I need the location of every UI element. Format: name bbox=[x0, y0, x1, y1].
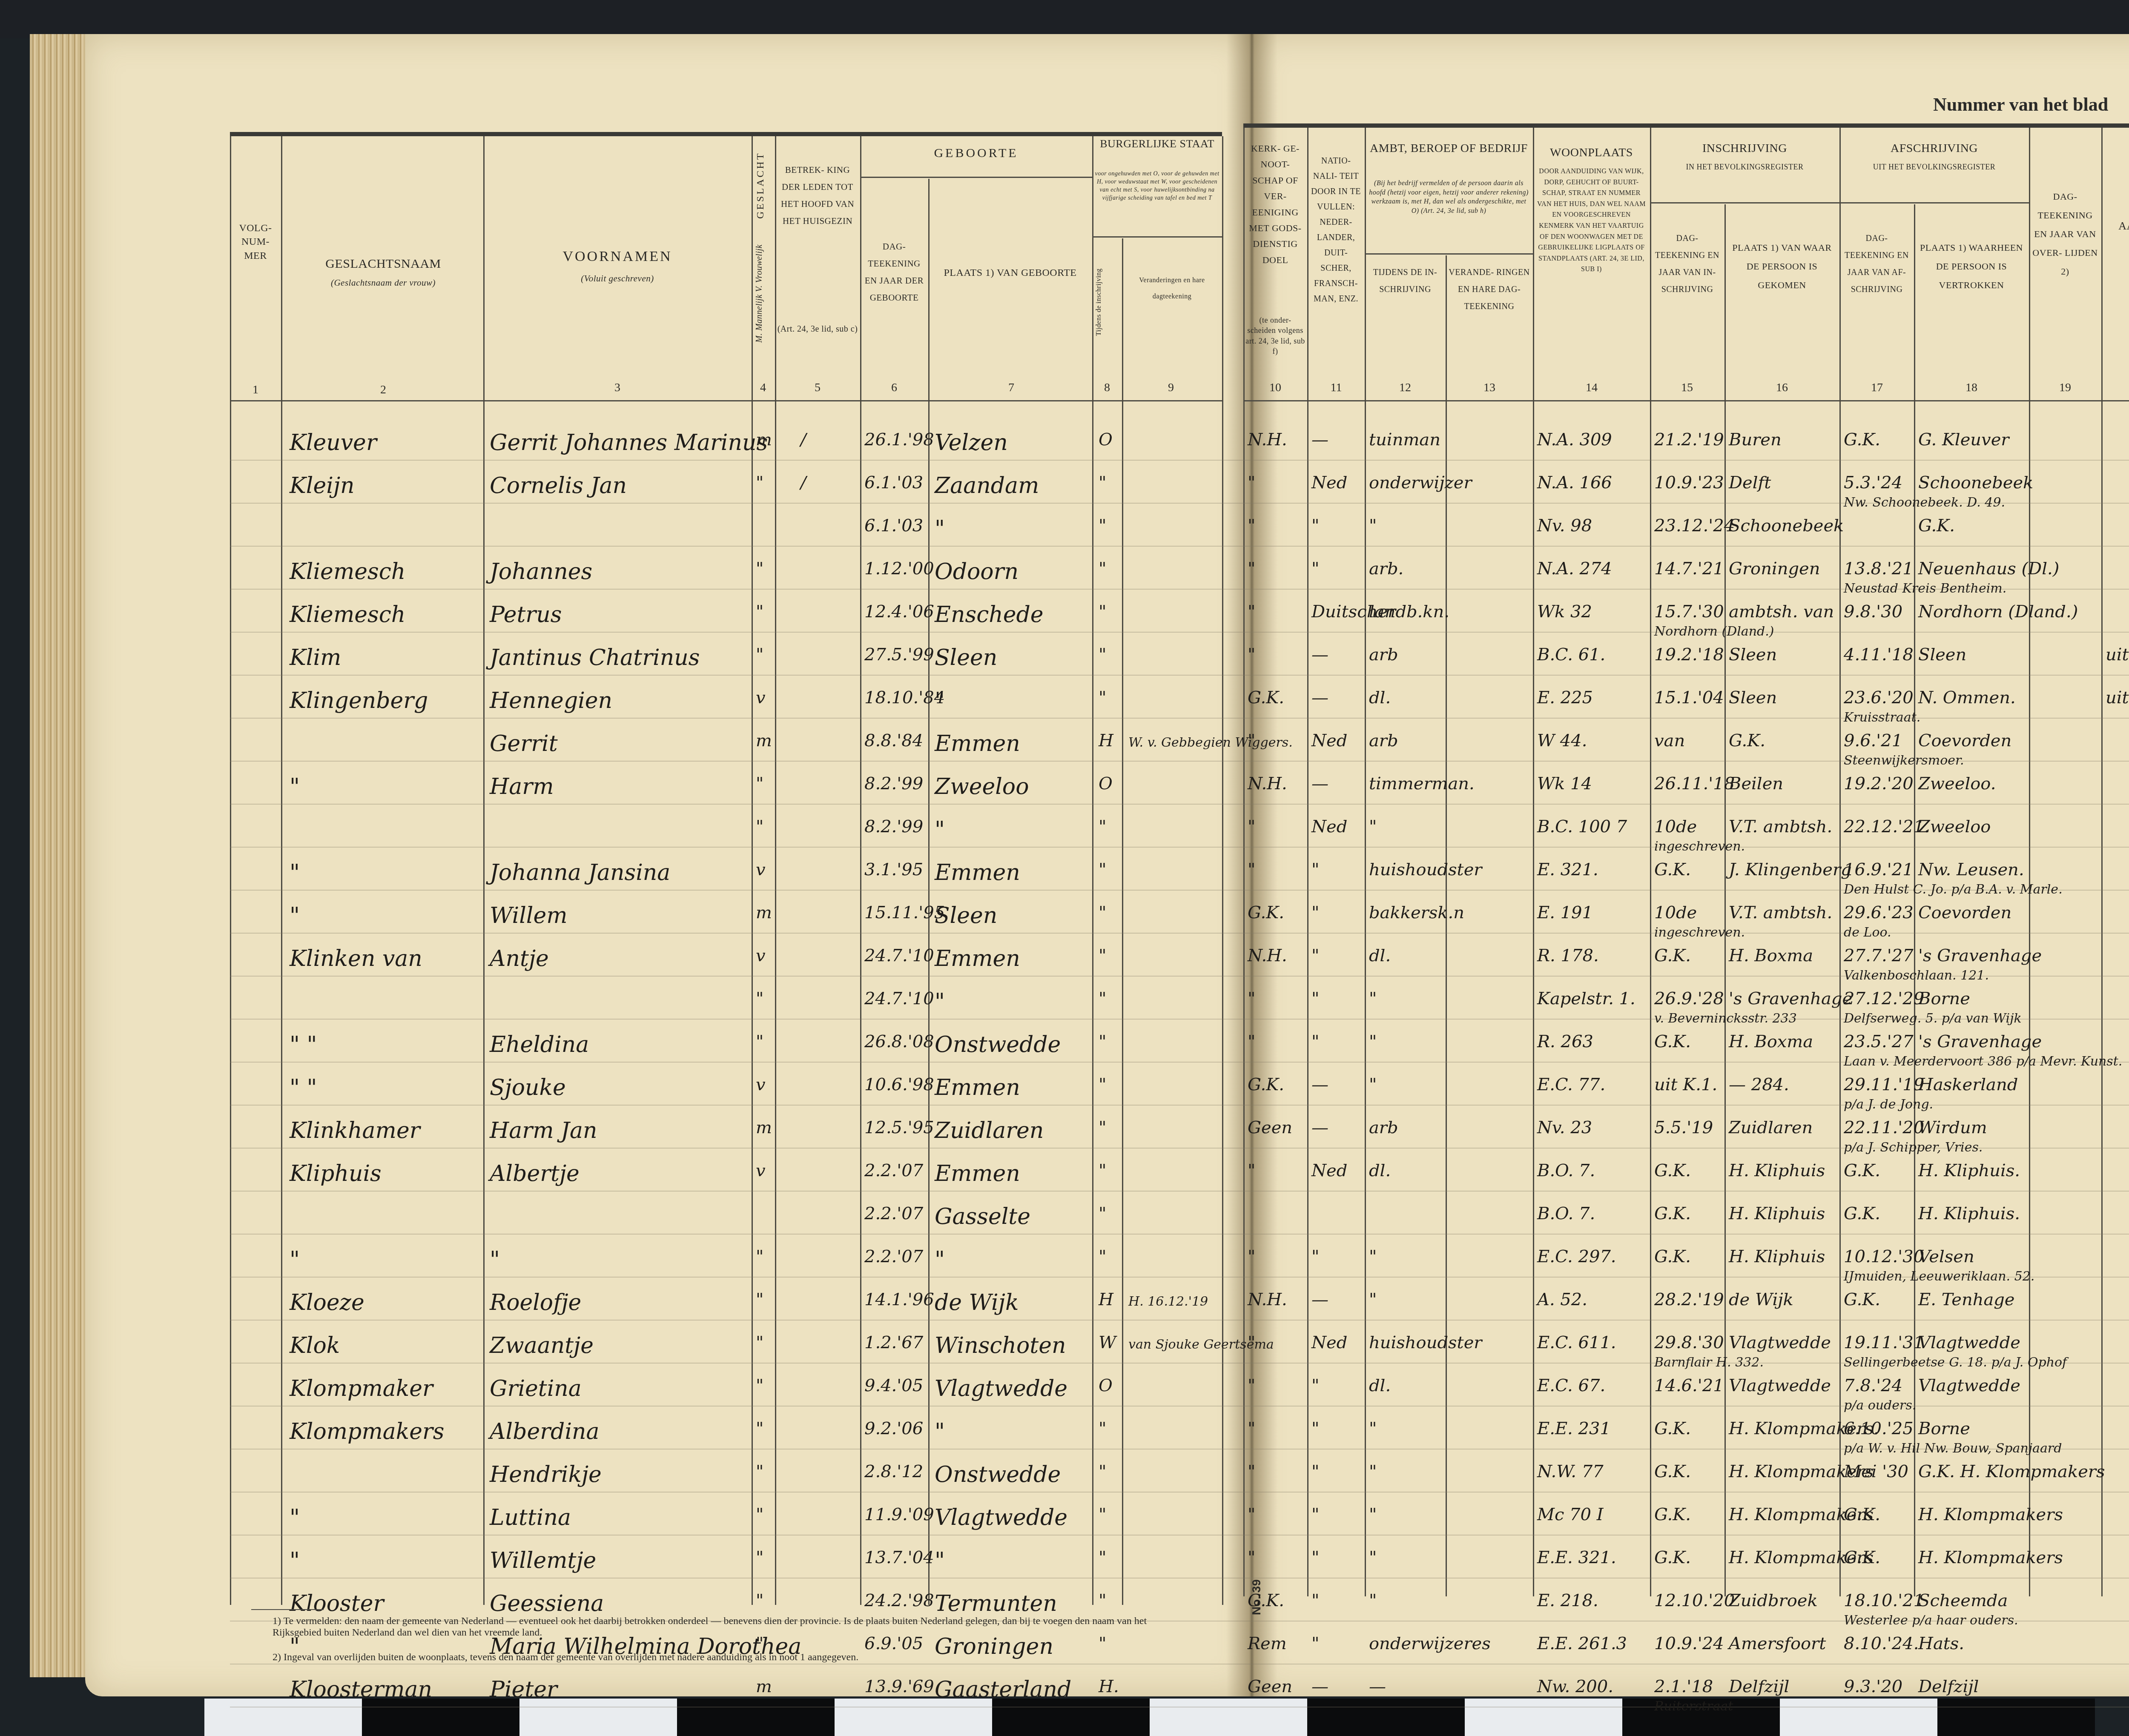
inschrijving-from-cell: H. Kliphuis bbox=[1729, 1161, 1825, 1180]
inschrijving-from-cell: J. Klingenberg bbox=[1729, 860, 1852, 879]
inschrijving-date-cell: G.K. bbox=[1654, 1161, 1691, 1180]
inschrijving-date-cell: 19.2.'18 bbox=[1654, 645, 1724, 665]
afschrijving-to-cell: H. Klompmakers bbox=[1918, 1548, 2063, 1567]
inschrijving-from-cell: H. Boxma bbox=[1729, 1032, 1813, 1051]
afschrijving-date-cell: 4.11.'18 bbox=[1844, 645, 1914, 665]
afschrijving-date-cell: 9.6.'21 bbox=[1844, 731, 1902, 751]
address-cell: R. 178. bbox=[1537, 946, 1599, 965]
inschrijving-from-cell: Vlagtwedde bbox=[1729, 1333, 1831, 1352]
church-cell: " bbox=[1248, 1462, 1255, 1481]
afschrijving-to-cell: Haskerland bbox=[1918, 1075, 2018, 1094]
civil-change-cell: W. v. Gebbegien Wiggers. bbox=[1128, 735, 1293, 750]
firstnames-cell: Albertje bbox=[490, 1161, 580, 1186]
col-line bbox=[1914, 204, 1915, 1596]
nationality-cell: " bbox=[1311, 1462, 1319, 1481]
occupation-cell: dl. bbox=[1369, 688, 1391, 708]
address-cell: N.A. 166 bbox=[1537, 473, 1612, 493]
col-line bbox=[2029, 128, 2030, 1596]
church-cell: " bbox=[1248, 1247, 1255, 1266]
nationality-cell: — bbox=[1311, 430, 1328, 450]
inschrijving-from-cell: 's Gravenhage bbox=[1729, 989, 1852, 1008]
sex-cell: " bbox=[756, 1419, 763, 1438]
nationality-cell: " bbox=[1311, 1032, 1319, 1051]
birth-date-cell: 10.6.'98 bbox=[864, 1075, 934, 1094]
address-cell: E.C. 77. bbox=[1537, 1075, 1605, 1094]
birth-date-cell: 1.12.'00 bbox=[864, 559, 934, 579]
afschrijving-to-cell: Wirdum bbox=[1918, 1118, 1987, 1137]
birth-place-cell: " bbox=[935, 1548, 945, 1573]
church-cell: " bbox=[1248, 516, 1255, 536]
afschrijving-to-cell: Borne bbox=[1918, 1419, 1970, 1438]
church-cell: " bbox=[1248, 1161, 1255, 1180]
address-cell: N.A. 274 bbox=[1537, 559, 1612, 579]
church-cell: Geen bbox=[1248, 1677, 1292, 1696]
column-number: 9 bbox=[1158, 381, 1184, 395]
ruled-row-line bbox=[230, 804, 2129, 805]
nationality-cell: " bbox=[1311, 1634, 1319, 1653]
birth-place-cell: Winschoten bbox=[935, 1333, 1066, 1358]
civil-status-cell: O bbox=[1099, 1376, 1113, 1395]
address-cell: W 44. bbox=[1537, 731, 1587, 751]
surname-cell: Klinkhamer bbox=[290, 1118, 420, 1143]
inschrijving-date-cell: 14.6.'21 bbox=[1654, 1376, 1724, 1395]
afschrijving-to-cell: Nordhorn (Dland.) bbox=[1918, 602, 2078, 622]
afs-note-cell: Valkenboschlaan. 121. bbox=[1844, 968, 1989, 983]
church-cell: " bbox=[1248, 1419, 1255, 1438]
afschrijving-to-cell: G.K. H. Klompmakers bbox=[1918, 1462, 2105, 1481]
inschrijving-from-cell: Vlagtwedde bbox=[1729, 1376, 1831, 1395]
address-cell: B.C. 61. bbox=[1537, 645, 1605, 665]
column-number: 1 bbox=[243, 383, 268, 397]
surname-cell: " bbox=[290, 903, 300, 928]
column-number: 19 bbox=[2052, 381, 2078, 395]
firstnames-cell: Willemtje bbox=[490, 1548, 596, 1573]
header-bottom-rule-left bbox=[230, 400, 1222, 401]
column-number: 4 bbox=[750, 381, 776, 395]
occupation-cell: arb bbox=[1369, 645, 1398, 665]
occupation-cell: " bbox=[1369, 1462, 1377, 1481]
footnote-1: 1) Te vermelden: den naam der gemeente v… bbox=[273, 1616, 1188, 1639]
address-cell: E.E. 261.3 bbox=[1537, 1634, 1627, 1653]
inschrijving-date-cell: 23.12.'24 bbox=[1654, 516, 1735, 536]
address-cell: E.C. 611. bbox=[1537, 1333, 1616, 1352]
civil-status-cell: " bbox=[1099, 1505, 1106, 1524]
inschrijving-from-cell: G.K. bbox=[1729, 731, 1765, 751]
afschrijving-date-cell: 9.8.'30 bbox=[1844, 602, 1902, 622]
col-line bbox=[1446, 255, 1447, 1596]
birth-date-cell: 9.4.'05 bbox=[864, 1376, 923, 1395]
firstnames-cell: Gerrit Johannes Marinus bbox=[490, 430, 768, 455]
church-cell: N.H. bbox=[1248, 430, 1287, 450]
afschrijving-to-cell: Hats. bbox=[1918, 1634, 1964, 1653]
col-line bbox=[1092, 136, 1093, 1605]
inschrijving-date-cell: 5.5.'19 bbox=[1654, 1118, 1713, 1137]
birth-date-cell: 13.7.'04 bbox=[864, 1548, 934, 1567]
afs-note-cell: Steenwijkersmoer. bbox=[1844, 753, 1964, 768]
church-cell: " bbox=[1248, 1505, 1255, 1524]
occupation-cell: arb. bbox=[1369, 559, 1403, 579]
church-cell: " bbox=[1248, 731, 1255, 751]
afschrijving-to-cell: Coevorden bbox=[1918, 903, 2011, 922]
header-woonplaats-sub: door aanduiding van wijk, dorp, gehucht … bbox=[1535, 166, 1648, 275]
birth-date-cell: 9.2.'06 bbox=[864, 1419, 923, 1438]
firstnames-cell: Willem bbox=[490, 903, 568, 928]
header-overlijden: Dag- teekening en jaar van over- lijden … bbox=[2031, 187, 2099, 281]
sex-cell: " bbox=[756, 1032, 763, 1051]
col-line bbox=[483, 136, 485, 1605]
birth-date-cell: 15.11.'95 bbox=[864, 903, 945, 922]
nationality-cell: " bbox=[1311, 1247, 1319, 1266]
civil-status-cell: " bbox=[1099, 1591, 1106, 1610]
column-number: 14 bbox=[1579, 381, 1604, 395]
remarks-cell: uit Dl. 83/9. bbox=[2106, 688, 2129, 708]
header-volgnummer: Volg- num- mer bbox=[232, 221, 279, 263]
occupation-cell: huishoudster bbox=[1369, 860, 1482, 879]
address-cell: E. 225 bbox=[1537, 688, 1593, 708]
birth-place-cell: " bbox=[935, 516, 945, 541]
sex-cell: " bbox=[756, 1290, 763, 1309]
column-number: 2 bbox=[370, 383, 396, 397]
header-voornamen: Voornamen bbox=[485, 247, 749, 266]
nationality-cell: — bbox=[1311, 645, 1328, 665]
inschrijving-date-cell: G.K. bbox=[1654, 1204, 1691, 1223]
firstnames-cell: Harm bbox=[490, 774, 554, 799]
afs-note-cell: Delfserweg. 5. p/a van Wijk bbox=[1844, 1011, 2022, 1026]
surname-cell: Kloosterman bbox=[290, 1677, 432, 1702]
nationality-cell: — bbox=[1311, 1290, 1328, 1309]
inschrijving-from-cell: Sleen bbox=[1729, 645, 1777, 665]
header-inschrijving: Inschrijving bbox=[1652, 140, 1837, 157]
birth-date-cell: 3.1.'95 bbox=[864, 860, 923, 879]
afschrijving-date-cell: 22.11.'20 bbox=[1844, 1118, 1924, 1137]
firstnames-cell: Jantinus Chatrinus bbox=[490, 645, 700, 670]
header-ambt-tijdens: Tijdens de in- schrijving bbox=[1367, 264, 1443, 298]
inschrijving-from-cell: ambtsh. van bbox=[1729, 602, 1834, 622]
address-cell: B.C. 100 7 bbox=[1537, 817, 1627, 836]
color-scale-bar bbox=[204, 1699, 2095, 1736]
afs-note-cell: p/a J. Schipper, Vries. bbox=[1844, 1140, 1983, 1155]
civil-status-cell: " bbox=[1099, 1118, 1106, 1137]
surname-cell: Kliemesch bbox=[290, 559, 405, 584]
occupation-cell: " bbox=[1369, 1591, 1377, 1610]
occupation-cell: " bbox=[1369, 1505, 1377, 1524]
ruled-row-line bbox=[230, 847, 2129, 848]
occupation-cell: " bbox=[1369, 1290, 1377, 1309]
column-number: 10 bbox=[1262, 381, 1288, 395]
header-inschrijving-sub: in het bevolkingsregister bbox=[1652, 162, 1837, 172]
sex-cell: " bbox=[756, 1376, 763, 1395]
church-cell: N.H. bbox=[1248, 946, 1287, 965]
header-bs-veranderingen: Veranderingen en hare dagteekening bbox=[1124, 272, 1220, 305]
ruled-row-line bbox=[230, 460, 2129, 461]
afschrijving-date-cell: G.K. bbox=[1844, 1505, 1880, 1524]
inschrijving-date-cell: G.K. bbox=[1654, 1419, 1691, 1438]
firstnames-cell: Eheldina bbox=[490, 1032, 589, 1057]
church-cell: N.H. bbox=[1248, 1290, 1287, 1309]
civil-status-cell: " bbox=[1099, 860, 1106, 879]
nationality-cell: " bbox=[1311, 1548, 1319, 1567]
page-edges-left bbox=[30, 34, 89, 1677]
afschrijving-date-cell: 5.3.'24 bbox=[1844, 473, 1902, 493]
birth-date-cell: 8.2.'99 bbox=[864, 774, 923, 794]
birth-date-cell: 1.2.'67 bbox=[864, 1333, 923, 1352]
birth-place-cell: Emmen bbox=[935, 860, 1020, 885]
occupation-cell: onderwijzer bbox=[1369, 473, 1472, 493]
col-line bbox=[1222, 136, 1223, 1605]
header-woonplaats: Woonplaats bbox=[1535, 145, 1648, 161]
afschrijving-to-cell: Sleen bbox=[1918, 645, 1966, 665]
occupation-cell: " bbox=[1369, 1548, 1377, 1567]
col-line bbox=[928, 179, 930, 1605]
occupation-cell: landb.kn. bbox=[1369, 602, 1449, 622]
occupation-cell: tuinman bbox=[1369, 430, 1440, 450]
afschrijving-to-cell: Velsen bbox=[1918, 1247, 1974, 1266]
inschrijving-from-cell: Groningen bbox=[1729, 559, 1820, 579]
church-cell: N.H. bbox=[1248, 774, 1287, 794]
sex-cell: " bbox=[756, 1591, 763, 1610]
ruled-row-line bbox=[230, 1234, 2129, 1235]
nationality-cell: " bbox=[1311, 1419, 1319, 1438]
birth-date-cell: 11.9.'09 bbox=[864, 1505, 934, 1524]
civil-status-cell: " bbox=[1099, 516, 1106, 536]
occupation-cell: — bbox=[1369, 1677, 1386, 1696]
birth-date-cell: 24.7.'10 bbox=[864, 946, 934, 965]
church-cell: Rem bbox=[1248, 1634, 1287, 1653]
afschrijving-group-rule bbox=[1839, 202, 2029, 203]
col-line bbox=[1533, 128, 1534, 1596]
afschrijving-to-cell: G.K. bbox=[1918, 516, 1955, 536]
header-ins-plaats: Plaats 1) van waar de persoon is gekomen bbox=[1727, 238, 1837, 295]
civil-status-cell: " bbox=[1099, 1204, 1106, 1223]
ruled-row-line bbox=[230, 1578, 2129, 1578]
ruled-row-line bbox=[230, 632, 2129, 633]
sex-cell: " bbox=[756, 1505, 763, 1524]
sex-cell: " bbox=[756, 1548, 763, 1567]
header-afs-plaats: Plaats 1) waarheen de persoon is vertrok… bbox=[1916, 238, 2027, 295]
surname-cell: " bbox=[290, 1505, 300, 1530]
address-cell: Kapelstr. 1. bbox=[1537, 989, 1635, 1008]
header-dagteekening-geboorte: Dag- teekening en jaar der geboorte bbox=[862, 238, 926, 307]
birth-place-cell: Termunten bbox=[935, 1591, 1057, 1616]
afschrijving-to-cell: Schoonebeek bbox=[1918, 473, 2033, 493]
nationality-cell: " bbox=[1311, 559, 1319, 579]
afschrijving-date-cell: G.K. bbox=[1844, 1161, 1880, 1180]
sex-cell: v bbox=[756, 688, 766, 708]
church-cell: " bbox=[1248, 989, 1255, 1008]
nationality-cell: Ned bbox=[1311, 473, 1347, 493]
inschrijving-date-cell: 12.10.'20 bbox=[1654, 1591, 1735, 1610]
afschrijving-to-cell: Vlagtwedde bbox=[1918, 1376, 2020, 1395]
birth-date-cell: 2.8.'12 bbox=[864, 1462, 923, 1481]
surname-cell: " bbox=[290, 1548, 300, 1573]
afschrijving-to-cell: 's Gravenhage bbox=[1918, 1032, 2042, 1051]
civil-status-cell: " bbox=[1099, 817, 1106, 836]
nationality-cell: " bbox=[1311, 1376, 1319, 1395]
occupation-cell: dl. bbox=[1369, 1161, 1391, 1180]
church-cell: G.K. bbox=[1248, 903, 1284, 922]
civil-status-cell: O bbox=[1099, 774, 1113, 794]
address-cell: N.A. 309 bbox=[1537, 430, 1612, 450]
afschrijving-date-cell: G.K. bbox=[1844, 1548, 1880, 1567]
inschrijving-date-cell: G.K. bbox=[1654, 860, 1691, 879]
ins-note-cell: Barnflair H. 332. bbox=[1654, 1355, 1764, 1370]
civil-status-cell: H. bbox=[1099, 1677, 1119, 1696]
ambt-group-rule bbox=[1365, 253, 1533, 255]
birth-place-cell: Vlagtwedde bbox=[935, 1376, 1067, 1401]
civil-status-cell: " bbox=[1099, 1247, 1106, 1266]
col-line bbox=[752, 136, 753, 1605]
afschrijving-date-cell: 18.10.'21 bbox=[1844, 1591, 1924, 1610]
afschrijving-to-cell: H. Kliphuis. bbox=[1918, 1161, 2020, 1180]
afschrijving-date-cell: 27.12.'29 bbox=[1844, 989, 1924, 1008]
afs-note-cell: Kruisstraat. bbox=[1844, 710, 1920, 725]
inschrijving-from-cell: Sleen bbox=[1729, 688, 1777, 708]
civil-status-cell: " bbox=[1099, 946, 1106, 965]
header-burgerlijke-staat-sub: voor ongehuwden met O, voor de gehuwden … bbox=[1094, 170, 1220, 203]
ruled-row-line bbox=[230, 1320, 2129, 1321]
address-cell: E. 321. bbox=[1537, 860, 1598, 879]
surname-cell: " " bbox=[290, 1075, 317, 1100]
birth-place-cell: " bbox=[935, 688, 945, 713]
column-number: 18 bbox=[1959, 381, 1984, 395]
column-number: 15 bbox=[1674, 381, 1700, 395]
afschrijving-date-cell: 29.11.'19 bbox=[1844, 1075, 1924, 1094]
address-cell: N.W. 77 bbox=[1537, 1462, 1604, 1481]
afschrijving-date-cell: 13.8.'21 bbox=[1844, 559, 1914, 579]
ins-note-cell: Nordhorn (Dland.) bbox=[1654, 624, 1774, 639]
nationality-cell: " bbox=[1311, 946, 1319, 965]
nationality-cell: — bbox=[1311, 688, 1328, 708]
nationality-cell: Ned bbox=[1311, 731, 1347, 751]
firstnames-cell: Roelofje bbox=[490, 1290, 581, 1315]
afschrijving-to-cell: E. Tenhage bbox=[1918, 1290, 2015, 1309]
sex-cell: " bbox=[756, 559, 763, 579]
birth-date-cell: 18.10.'84 bbox=[864, 688, 945, 708]
afs-note-cell: Den Hulst C. Jo. p/a B.A. v. Marle. bbox=[1844, 882, 2063, 897]
surname-cell: Klompmaker bbox=[290, 1376, 433, 1401]
inschrijving-date-cell: G.K. bbox=[1654, 1032, 1691, 1051]
civil-status-cell: " bbox=[1099, 903, 1106, 922]
afschrijving-date-cell: 10.12.'30 bbox=[1844, 1247, 1924, 1266]
geboorte-group-rule bbox=[860, 177, 1092, 178]
ruled-row-line bbox=[230, 1664, 2129, 1664]
firstnames-cell: Pieter bbox=[490, 1677, 557, 1702]
afs-note-cell: Westerlee p/a haar ouders. bbox=[1844, 1613, 2018, 1628]
afschrijving-to-cell: H. Klompmakers bbox=[1918, 1505, 2063, 1524]
occupation-cell: " bbox=[1369, 989, 1377, 1008]
address-cell: E.E. 231 bbox=[1537, 1419, 1611, 1438]
birth-date-cell: 2.2.'07 bbox=[864, 1204, 923, 1223]
afschrijving-date-cell: 23.6.'20 bbox=[1844, 688, 1914, 708]
afschrijving-date-cell: 6.10.'25 bbox=[1844, 1419, 1914, 1438]
sex-cell: " bbox=[756, 1333, 763, 1352]
nationality-cell: " bbox=[1311, 516, 1319, 536]
firstnames-cell: Johannes bbox=[490, 559, 592, 584]
ins-note-cell: ingeschreven. bbox=[1654, 925, 1745, 940]
address-cell: E. 218. bbox=[1537, 1591, 1598, 1610]
header-afs-dag: Dag- teekening en jaar van af- schrijvin… bbox=[1842, 230, 1912, 298]
birth-date-cell: 8.2.'99 bbox=[864, 817, 923, 836]
sex-cell: " bbox=[756, 817, 763, 836]
birth-date-cell: 12.4.'06 bbox=[864, 602, 934, 622]
inschrijving-date-cell: 28.2.'19 bbox=[1654, 1290, 1724, 1309]
column-number: 3 bbox=[605, 381, 630, 395]
surname-cell: Kliemesch bbox=[290, 602, 405, 627]
surname-cell: Kleijn bbox=[290, 473, 355, 498]
birth-date-cell: 2.2.'07 bbox=[864, 1247, 923, 1266]
header-voornamen-sub: (Voluit geschreven) bbox=[485, 272, 749, 284]
birth-place-cell: Emmen bbox=[935, 1075, 1020, 1100]
ruled-row-line bbox=[230, 1492, 2129, 1493]
col-line bbox=[860, 136, 861, 1605]
ruled-row-line bbox=[230, 546, 2129, 547]
firstnames-cell: Hennegien bbox=[490, 688, 612, 713]
sex-cell: m bbox=[756, 430, 772, 450]
birth-place-cell: " bbox=[935, 817, 945, 842]
church-cell: G.K. bbox=[1248, 688, 1284, 708]
birth-place-cell: Odoorn bbox=[935, 559, 1019, 584]
firstnames-cell: Johanna Jansina bbox=[490, 860, 670, 885]
afschrijving-to-cell: G. Kleuver bbox=[1918, 430, 2009, 450]
afschrijving-date-cell: G.K. bbox=[1844, 1204, 1880, 1223]
afschrijving-to-cell: H. Kliphuis. bbox=[1918, 1204, 2020, 1223]
header-bs-tijdens: Tijdens de inschrijving bbox=[1094, 264, 1120, 341]
header-geslachtsnaam: Geslachtsnaam bbox=[285, 255, 481, 273]
birth-date-cell: 27.5.'99 bbox=[864, 645, 934, 665]
occupation-cell: " bbox=[1369, 1032, 1377, 1051]
nationality-cell: " bbox=[1311, 989, 1319, 1008]
column-number: 16 bbox=[1769, 381, 1795, 395]
afschrijving-date-cell: Mei '30 bbox=[1844, 1462, 1908, 1481]
civil-change-cell: H. 16.12.'19 bbox=[1128, 1294, 1208, 1309]
civil-status-cell: " bbox=[1099, 1032, 1106, 1051]
birth-place-cell: Onstwedde bbox=[935, 1462, 1061, 1487]
address-cell: Nv. 23 bbox=[1537, 1118, 1592, 1137]
occupation-cell: arb bbox=[1369, 1118, 1398, 1137]
address-cell: E.C. 67. bbox=[1537, 1376, 1605, 1395]
firstnames-cell: Petrus bbox=[490, 602, 562, 627]
inschrijving-date-cell: 10de bbox=[1654, 817, 1697, 836]
occupation-cell: arb bbox=[1369, 731, 1398, 751]
afs-note-cell: p/a J. de Jong. bbox=[1844, 1097, 1933, 1112]
afs-note-cell: p/a W. v. Hil Nw. Bouw, Spanjaard bbox=[1844, 1441, 2062, 1456]
afschrijving-date-cell: G.K. bbox=[1844, 430, 1880, 450]
inschrijving-date-cell: G.K. bbox=[1654, 1462, 1691, 1481]
header-plaats-geboorte: Plaats 1) van geboorte bbox=[930, 264, 1090, 282]
inschrijving-from-cell: V.T. ambtsh. bbox=[1729, 903, 1832, 922]
column-number: 6 bbox=[881, 381, 907, 395]
inschrijving-date-cell: G.K. bbox=[1654, 1247, 1691, 1266]
nationality-cell: — bbox=[1311, 1075, 1328, 1094]
header-geslachtsnaam-sub: (Geslachtsnaam der vrouw) bbox=[285, 277, 481, 289]
column-number: 8 bbox=[1094, 381, 1120, 395]
occupation-cell: " bbox=[1369, 516, 1377, 536]
sex-cell: m bbox=[756, 731, 772, 751]
inschrijving-date-cell: 14.7.'21 bbox=[1654, 559, 1724, 579]
afs-note-cell: de Loo. bbox=[1844, 925, 1891, 940]
birth-place-cell: Emmen bbox=[935, 946, 1020, 971]
inschrijving-date-cell: 2.1.'18 bbox=[1654, 1677, 1713, 1696]
address-cell: Wk 14 bbox=[1537, 774, 1592, 794]
inschrijving-from-cell: Buren bbox=[1729, 430, 1782, 450]
header-nationaliteit: Natio- nali- teit door in te vullen: Ned… bbox=[1309, 153, 1363, 307]
inschrijving-date-cell: G.K. bbox=[1654, 946, 1691, 965]
ruled-row-line bbox=[230, 675, 2129, 676]
birth-place-cell: Vlagtwedde bbox=[935, 1505, 1067, 1530]
church-cell: " bbox=[1248, 559, 1255, 579]
occupation-cell: dl. bbox=[1369, 1376, 1391, 1395]
birth-date-cell: 12.5.'95 bbox=[864, 1118, 934, 1137]
